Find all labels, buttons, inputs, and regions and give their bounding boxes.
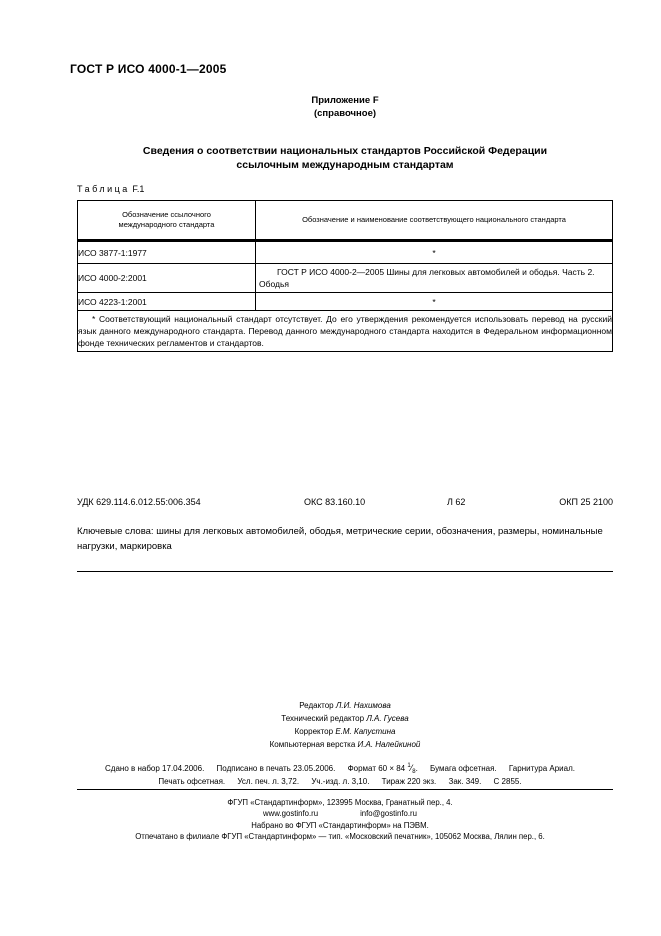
format-with-fraction: Формат 60 × 84 1⁄8. [348, 764, 418, 773]
national-standard-cell: * [256, 293, 613, 311]
editor-line: Технический редактор Л.А. Гусева [77, 712, 613, 725]
horizontal-rule [77, 571, 613, 572]
typeset-line: Набрано во ФГУП «Стандартинформ» на ПЭВМ… [40, 820, 640, 831]
editor-name: Л.И. Нахимова [336, 701, 391, 710]
standards-table-container: Обозначение ссылочного международного ст… [77, 200, 613, 352]
editor-role: Компьютерная верстка [270, 740, 356, 749]
printed-by-line: Отпечатано в филиале ФГУП «Стандартинфор… [40, 831, 640, 842]
publisher-block: ФГУП «Стандартинформ», 123995 Москва, Гр… [40, 797, 640, 842]
table-row: ИСО 4223-1:2001 * [78, 293, 613, 311]
editor-name: И.А. Налейкиной [358, 740, 421, 749]
print-info-line2: Печать офсетная. Усл. печ. л. 3,72. Уч.-… [60, 774, 620, 789]
editor-role: Технический редактор [281, 714, 364, 723]
ref-standard-cell: ИСО 3877-1:1977 [78, 241, 256, 264]
oks-code: ОКС 83.160.10 [304, 497, 365, 507]
table-header-row: Обозначение ссылочного международного ст… [78, 201, 613, 241]
table-caption-number: F.1 [132, 184, 144, 194]
section-title: Сведения о соответствии национальных ста… [77, 144, 613, 172]
publisher-address-line: ФГУП «Стандартинформ», 123995 Москва, Гр… [40, 797, 640, 808]
table-row: ИСО 3877-1:1977 * [78, 241, 613, 264]
website-text: www.gostinfo.ru [263, 809, 318, 818]
annex-label: Приложение F [77, 94, 613, 107]
udk-code: УДК 629.114.6.012.55:006.354 [77, 497, 201, 507]
editor-name: Л.А. Гусева [366, 714, 408, 723]
doc-number: ГОСТ Р ИСО 4000-1—2005 [70, 62, 226, 76]
table-footnote-row: * Соответствующий национальный стандарт … [78, 311, 613, 352]
national-standard-cell: * [256, 241, 613, 264]
annex-kind: (справочное) [77, 107, 613, 120]
national-standard-cell: ГОСТ Р ИСО 4000-2—2005 Шины для легковых… [256, 264, 613, 293]
editor-line: Корректор Е.М. Капустина [77, 725, 613, 738]
l-code: Л 62 [447, 497, 465, 507]
ref-standard-cell: ИСО 4000-2:2001 [78, 264, 256, 293]
table-caption: Таблица F.1 [77, 184, 144, 194]
header-cell-reference-standard: Обозначение ссылочного международного ст… [78, 201, 256, 241]
keywords-text: Ключевые слова: шины для легковых автомо… [77, 524, 613, 554]
editor-line: Компьютерная верстка И.А. Налейкиной [77, 738, 613, 751]
header-cell-national-standard: Обозначение и наименование соответствующ… [256, 201, 613, 241]
okp-code: ОКП 25 2100 [559, 497, 613, 507]
editors-block: Редактор Л.И. Нахимова Технический редак… [77, 699, 613, 751]
editor-role: Редактор [299, 701, 333, 710]
document-page: ГОСТ Р ИСО 4000-1—2005 Приложение F (спр… [0, 0, 661, 936]
one-eighth-fraction: 1⁄8 [407, 764, 415, 773]
standards-correspondence-table: Обозначение ссылочного международного ст… [77, 200, 613, 352]
ref-standard-cell: ИСО 4223-1:2001 [78, 293, 256, 311]
horizontal-rule [77, 789, 613, 790]
table-footnote: * Соответствующий национальный стандарт … [78, 311, 613, 352]
table-row: ИСО 4000-2:2001 ГОСТ Р ИСО 4000-2—2005 Ш… [78, 264, 613, 293]
publisher-contacts-line: www.gostinfo.ruinfo@gostinfo.ru [40, 808, 640, 819]
email-text: info@gostinfo.ru [360, 809, 417, 818]
classification-codes-row: УДК 629.114.6.012.55:006.354 ОКС 83.160.… [77, 497, 613, 509]
editor-role: Корректор [295, 727, 334, 736]
editor-name: Е.М. Капустина [335, 727, 395, 736]
editor-line: Редактор Л.И. Нахимова [77, 699, 613, 712]
section-title-line2: ссылочным международным стандартам [77, 158, 613, 172]
table-caption-label: Таблица [77, 184, 130, 194]
section-title-line1: Сведения о соответствии национальных ста… [77, 144, 613, 158]
annex-heading: Приложение F (справочное) [77, 94, 613, 120]
